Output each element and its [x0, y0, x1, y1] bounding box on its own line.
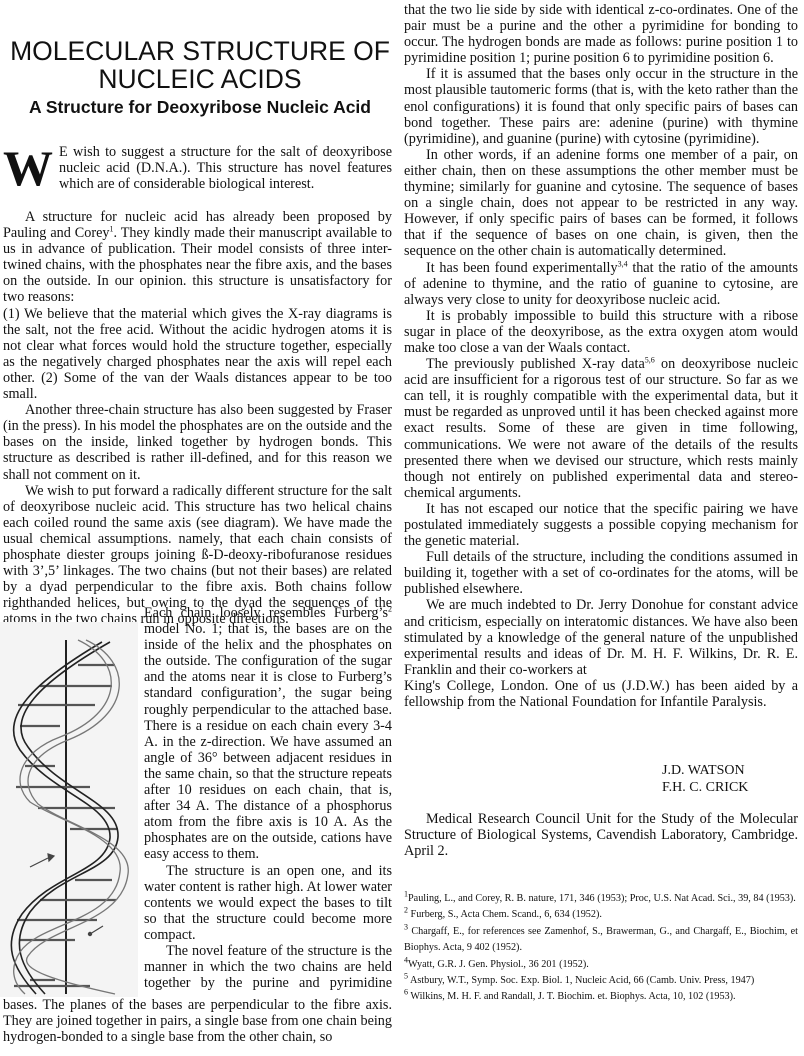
- paragraph: bases. The planes of the bases are perpe…: [3, 997, 392, 1045]
- citation-ref: 3,4: [618, 259, 628, 268]
- text-beside-diagram: Each chain loosely resembles Furberg’s2 …: [144, 605, 392, 991]
- references-list: 1Pauling, L., and Corey, R. B. nature, 1…: [404, 891, 798, 1006]
- affiliation-text: Medical Research Council Unit for the St…: [404, 811, 798, 859]
- drop-cap: W: [3, 148, 53, 188]
- paragraph: that the two lie side by side with ident…: [404, 2, 798, 66]
- paragraph: King's College, London. One of us (J.D.W…: [404, 678, 798, 710]
- citation-ref: 2: [388, 604, 392, 613]
- paragraph: Another three-chain structure has also b…: [3, 402, 392, 482]
- paragraph: A structure for nucleic acid has already…: [3, 209, 392, 306]
- intro-paragraph: W E wish to suggest a structure for the …: [3, 144, 392, 192]
- paragraph: In other words, if an adenine forms one …: [404, 147, 798, 260]
- paragraph: (1) We believe that the material which g…: [3, 306, 392, 403]
- reference-item: 3 Chargaff, E., for references see Zamen…: [404, 924, 798, 957]
- paragraph: It has been found experimentally3,4 that…: [404, 260, 798, 308]
- reference-item: 2 Furberg, S., Acta Chem. Scand., 6, 634…: [404, 907, 798, 923]
- article-subtitle: A Structure for Deoxyribose Nucleic Acid: [0, 96, 400, 118]
- affiliation: Medical Research Council Unit for the St…: [404, 811, 798, 859]
- title-line-2: NUCLEIC ACIDS: [0, 65, 400, 93]
- citation-ref: 5,6: [645, 355, 655, 364]
- reference-item: 1Pauling, L., and Corey, R. B. nature, 1…: [404, 891, 798, 907]
- dna-double-helix-diagram: [0, 622, 138, 997]
- paragraph: We are much indebted to Dr. Jerry Donohu…: [404, 597, 798, 677]
- dna-helix-icon: [0, 622, 138, 997]
- text-after-diagram: bases. The planes of the bases are perpe…: [3, 997, 392, 1045]
- article-title: MOLECULAR STRUCTURE OF NUCLEIC ACIDS: [0, 37, 400, 93]
- paragraph: It has not escaped our notice that the s…: [404, 501, 798, 549]
- reference-item: 6 Wilkins, M. H. F. and Randall, J. T. B…: [404, 989, 798, 1005]
- reference-item: 4Wyatt, G.R. J. Gen. Physiol., 36 201 (1…: [404, 957, 798, 973]
- intro-text: E wish to suggest a structure for the sa…: [59, 144, 392, 192]
- paragraph: If it is assumed that the bases only occ…: [404, 66, 798, 146]
- paragraph: Full details of the structure, including…: [404, 549, 798, 597]
- author-watson: J.D. WATSON: [662, 763, 748, 780]
- title-line-1: MOLECULAR STRUCTURE OF: [0, 37, 400, 65]
- paragraph: The structure is an open one, and its wa…: [144, 863, 392, 943]
- author-signatures: J.D. WATSON F.H. C. CRICK: [662, 763, 748, 796]
- author-crick: F.H. C. CRICK: [662, 780, 748, 797]
- paragraph: The novel feature of the structure is th…: [144, 943, 392, 991]
- right-column-body: that the two lie side by side with ident…: [404, 2, 798, 710]
- left-column-body: A structure for nucleic acid has already…: [3, 209, 392, 627]
- reference-item: 5 Astbury, W.T., Symp. Soc. Exp. Biol. 1…: [404, 973, 798, 989]
- paragraph: It is probably impossible to build this …: [404, 308, 798, 356]
- paragraph: The previously published X-ray data5,6 o…: [404, 356, 798, 501]
- paragraph: Each chain loosely resembles Furberg’s2 …: [144, 605, 392, 863]
